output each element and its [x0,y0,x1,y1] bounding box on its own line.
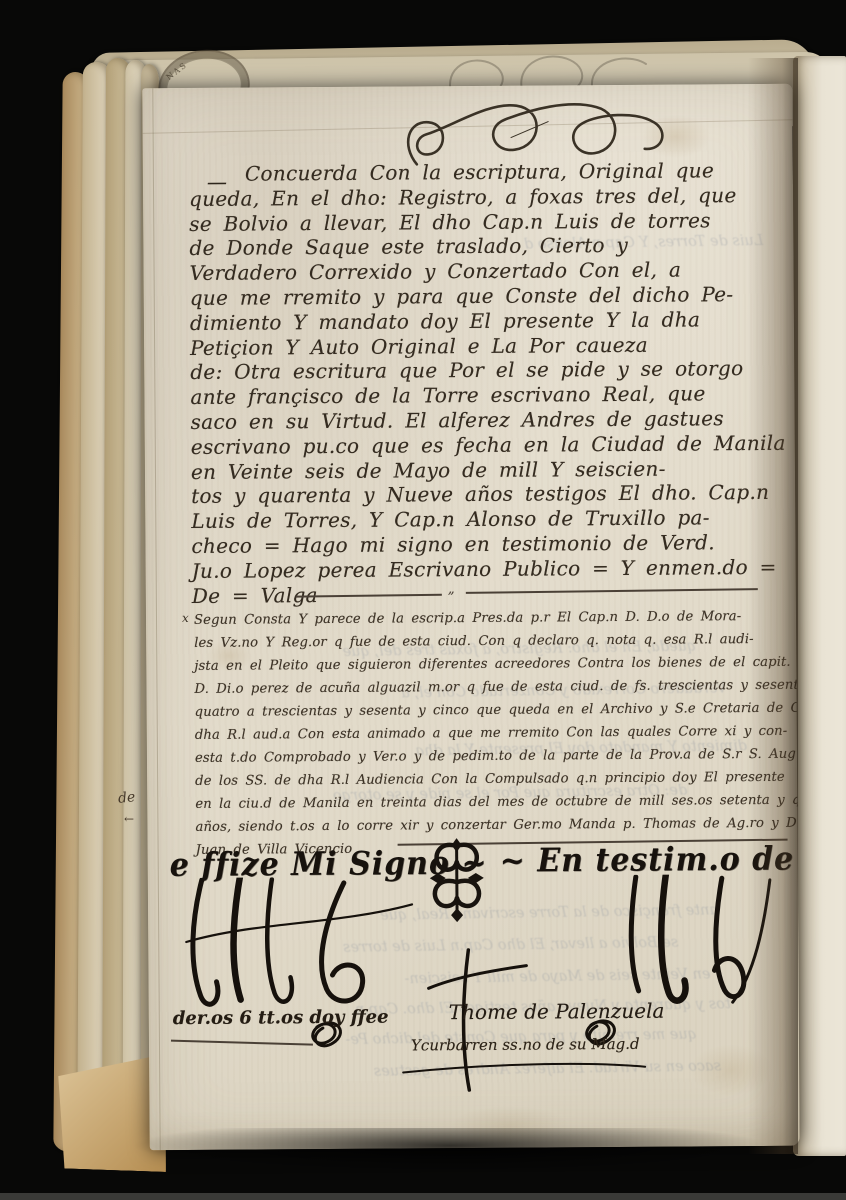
signature-title: Ycurbarren ss.no de su Mag.d [411,1035,640,1055]
signature-name: Thome de Palenzuela [449,999,665,1025]
handwritten-line: De = Valga [192,580,760,609]
margin-arrow-icon: ← [124,812,134,826]
handwritten-line: dimiento Y mandato doy El presente Y la … [190,307,758,336]
divider-mark: „ [448,582,455,597]
handwritten-line: saco en su Virtud. El alferez Andres de … [191,406,759,435]
document-page: queda, En el dho: Registro, a foxas tres… [142,84,799,1151]
handwritten-line: escrivano pu.co que es fecha en la Ciuda… [191,431,759,460]
handwritten-line: que me rremito y para que Conste del dic… [190,282,758,311]
handwritten-line: años, siendo t.os a lo corre xir y conze… [195,812,795,839]
facing-page [793,56,846,1156]
scanner-edge [0,1193,846,1200]
margin-note: de [117,789,136,807]
addendum-paragraph: Segun Consta Y parece de la escrip.a Pre… [194,605,796,862]
handwritten-line: Concuerda Con la escriptura, Original qu… [189,158,757,187]
fees-note: der.os 6 tt.os doy ffee [173,1007,389,1030]
addendum-marker: x [182,611,189,625]
manuscript-scan: NAS queda, En el dho: Registro, a foxas … [0,0,846,1200]
main-paragraph: Concuerda Con la escriptura, Original qu… [189,158,760,608]
handwritten-line: checo = Hago mi signo en testimonio de V… [191,530,759,559]
fold-line [152,88,160,1150]
handwritten-line: queda, En el dho: Registro, a foxas tres… [189,183,757,212]
handwritten-line: se Bolvio a llevar, El dho Cap.n Luis de… [189,208,757,237]
cast-shadow [130,1128,770,1172]
handwritten-line: Ju.o Lopez perea Escrivano Publico = Y e… [192,555,760,584]
